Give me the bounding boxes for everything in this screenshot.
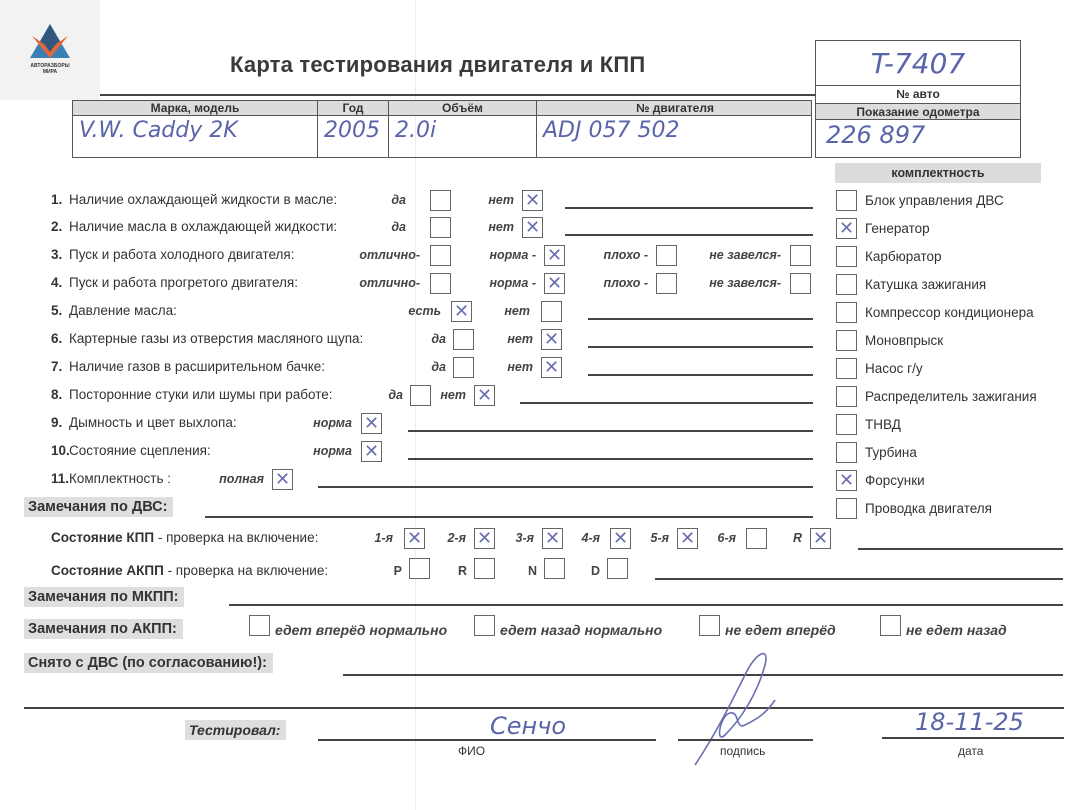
completeness-checkbox[interactable]: ✕ [836, 498, 857, 519]
question-label: Картерные газы из отверстия масляного щу… [69, 331, 363, 346]
option-label: нет [440, 388, 466, 402]
option-label: не завелся- [709, 248, 781, 262]
completeness-checkbox[interactable]: ✕ [836, 274, 857, 295]
notes-line[interactable] [565, 234, 813, 236]
engine-remarks-line[interactable] [205, 516, 813, 518]
option-checkbox[interactable]: ✕ [361, 413, 382, 434]
gear-label: 4-я [582, 531, 600, 545]
option-checkbox[interactable]: ✕ [541, 357, 562, 378]
mkpp-remarks-label: Замечания по МКПП: [24, 587, 184, 607]
removed-parts-line-2[interactable] [24, 707, 1064, 709]
brand-line-2: МИРА [18, 69, 82, 75]
option-label: отлично- [359, 276, 420, 290]
checklist-question: 10.Состояние сцепления: [51, 443, 211, 458]
tested-by-label: Тестировал: [185, 720, 286, 740]
completeness-item-label: Блок управления ДВС [865, 193, 1004, 208]
notes-line[interactable] [565, 207, 813, 209]
completeness-item-label: Турбина [865, 445, 917, 460]
check-mark-icon: ✕ [680, 530, 695, 548]
manual-gearbox-label-bold: Состояние КПП [51, 530, 154, 545]
checklist-question: 6.Картерные газы из отверстия масляного … [51, 331, 363, 346]
tester-name-line[interactable] [318, 739, 656, 741]
gear-checkbox[interactable]: ✕ [542, 528, 563, 549]
option-label: да [431, 332, 446, 346]
completeness-item-label: Компрессор кондиционера [865, 305, 1034, 320]
option-checkbox[interactable]: ✕ [541, 329, 562, 350]
option-checkbox[interactable]: ✕ [541, 301, 562, 322]
make-model-cell[interactable]: Марка, модель V.W. Caddy 2K [73, 101, 318, 157]
question-label: Комплектность : [69, 471, 171, 486]
option-checkbox[interactable]: ✕ [474, 385, 495, 406]
check-mark-icon: ✕ [364, 415, 379, 433]
question-label: Пуск и работа прогретого двигателя: [69, 275, 298, 290]
date-caption: дата [958, 744, 983, 758]
volume-cell[interactable]: Объём 2.0i [389, 101, 537, 157]
option-checkbox[interactable]: ✕ [544, 273, 565, 294]
gear-checkbox[interactable]: ✕ [474, 528, 495, 549]
engine-number-cell[interactable]: № двигателя ADJ 057 502 [537, 101, 813, 157]
brand-logo-icon [26, 22, 74, 62]
year-value: 2005 [324, 118, 380, 143]
check-mark-icon: ✕ [364, 443, 379, 461]
check-mark-icon: ✕ [454, 303, 469, 321]
checklist-question: 8.Посторонние стуки или шумы при работе: [51, 387, 333, 402]
position-checkbox[interactable]: ✕ [474, 558, 495, 579]
option-checkbox[interactable]: ✕ [451, 301, 472, 322]
auto-number-label: № авто [816, 86, 1020, 103]
year-cell[interactable]: Год 2005 [318, 101, 389, 157]
question-number: 3. [51, 247, 69, 262]
option-label: не завелся- [709, 276, 781, 290]
question-label: Состояние сцепления: [69, 443, 211, 458]
make-model-value: V.W. Caddy 2K [79, 118, 238, 143]
signature-caption: подпись [720, 744, 765, 758]
check-mark-icon: ✕ [545, 530, 560, 548]
option-label: нет [488, 193, 514, 207]
gear-checkbox[interactable]: ✕ [404, 528, 425, 549]
position-label: D [591, 564, 600, 578]
completeness-checkbox[interactable]: ✕ [836, 470, 857, 491]
completeness-item-label: Форсунки [865, 473, 925, 488]
engine-remarks-label: Замечания по ДВС: [24, 497, 173, 517]
akpp-option-label: не едет назад [906, 622, 1007, 638]
vehicle-info-table: Марка, модель V.W. Caddy 2K Год 2005 Объ… [72, 100, 812, 158]
option-label: плохо - [604, 248, 648, 262]
option-checkbox[interactable]: ✕ [790, 245, 811, 266]
option-label: да [388, 388, 403, 402]
notes-line[interactable] [408, 430, 813, 432]
option-checkbox[interactable]: ✕ [453, 357, 474, 378]
question-number: 8. [51, 387, 69, 402]
check-mark-icon: ✕ [839, 472, 854, 490]
gear-checkbox[interactable]: ✕ [677, 528, 698, 549]
check-mark-icon: ✕ [407, 530, 422, 548]
gear-checkbox[interactable]: ✕ [810, 528, 831, 549]
completeness-checkbox[interactable]: ✕ [836, 386, 857, 407]
option-checkbox[interactable]: ✕ [430, 190, 451, 211]
option-label: есть [408, 304, 441, 318]
option-checkbox[interactable]: ✕ [522, 217, 543, 238]
completeness-checkbox[interactable]: ✕ [836, 302, 857, 323]
completeness-item-label: Карбюратор [865, 249, 942, 264]
removed-parts-label: Снято с ДВС (по согласованию!): [24, 653, 273, 673]
question-number: 5. [51, 303, 69, 318]
checklist-question: 1.Наличие охлаждающей жидкости в масле: [51, 192, 337, 207]
option-label: да [431, 360, 446, 374]
year-label: Год [318, 101, 388, 116]
question-label: Наличие масла в охлаждающей жидкости: [69, 219, 337, 234]
position-checkbox[interactable]: ✕ [409, 558, 430, 579]
question-label: Посторонние стуки или шумы при работе: [69, 387, 333, 402]
completeness-item-label: Насос г/у [865, 361, 923, 376]
checklist-question: 9.Дымность и цвет выхлопа: [51, 415, 237, 430]
akpp-option-checkbox[interactable]: ✕ [474, 615, 495, 636]
auto-gearbox-label-bold: Состояние АКПП [51, 563, 164, 578]
completeness-item-label: Распределитель зажигания [865, 389, 1037, 404]
name-caption: ФИО [458, 744, 485, 758]
volume-label: Объём [389, 101, 536, 116]
title-underline [100, 94, 815, 96]
option-label: норма - [490, 276, 537, 290]
option-label: нет [507, 332, 533, 346]
gear-checkbox[interactable]: ✕ [610, 528, 631, 549]
notes-line[interactable] [588, 346, 813, 348]
option-checkbox[interactable]: ✕ [544, 245, 565, 266]
completeness-item-label: ТНВД [865, 417, 901, 432]
gear-label: 1-я [375, 531, 393, 545]
option-checkbox[interactable]: ✕ [522, 190, 543, 211]
question-number: 1. [51, 192, 69, 207]
odometer-value[interactable]: 226 897 [826, 121, 925, 149]
checklist-question: 11.Комплектность : [51, 471, 171, 486]
gear-label: 3-я [516, 531, 534, 545]
akpp-option-checkbox[interactable]: ✕ [880, 615, 901, 636]
check-mark-icon: ✕ [525, 219, 540, 237]
akpp-option-label: едет назад нормально [500, 622, 662, 638]
position-checkbox[interactable]: ✕ [544, 558, 565, 579]
option-label: плохо - [604, 276, 648, 290]
page-title: Карта тестирования двигателя и КПП [230, 52, 645, 78]
option-checkbox[interactable]: ✕ [656, 273, 677, 294]
option-label: да [391, 193, 406, 207]
check-mark-icon: ✕ [839, 220, 854, 238]
completeness-checkbox[interactable]: ✕ [836, 190, 857, 211]
brand-name: АВТОРАЗБОРЫ МИРА [18, 63, 82, 75]
gear-label: R [793, 531, 802, 545]
completeness-checkbox[interactable]: ✕ [836, 358, 857, 379]
position-label: N [528, 564, 537, 578]
volume-value: 2.0i [395, 118, 436, 143]
check-mark-icon: ✕ [547, 247, 562, 265]
question-label: Пуск и работа холодного двигателя: [69, 247, 295, 262]
gear-label: 6-я [718, 531, 736, 545]
option-checkbox[interactable]: ✕ [790, 273, 811, 294]
completeness-checkbox[interactable]: ✕ [836, 414, 857, 435]
position-checkbox[interactable]: ✕ [607, 558, 628, 579]
make-model-label: Марка, модель [73, 101, 317, 116]
completeness-checkbox[interactable]: ✕ [836, 330, 857, 351]
position-label: R [458, 564, 467, 578]
checklist-question: 3.Пуск и работа холодного двигателя: [51, 247, 295, 262]
completeness-checkbox[interactable]: ✕ [836, 442, 857, 463]
akpp-option-checkbox[interactable]: ✕ [699, 615, 720, 636]
question-number: 6. [51, 331, 69, 346]
question-label: Наличие охлаждающей жидкости в масле: [69, 192, 337, 207]
engine-number-label: № двигателя [537, 101, 813, 116]
auto-gearbox-notes-line[interactable] [655, 578, 1063, 580]
akpp-option-checkbox[interactable]: ✕ [249, 615, 270, 636]
auto-number-value[interactable]: T-7407 [816, 41, 1020, 86]
check-mark-icon: ✕ [613, 530, 628, 548]
position-label: P [394, 564, 402, 578]
completeness-checkbox[interactable]: ✕ [836, 246, 857, 267]
engine-number-value: ADJ 057 502 [543, 118, 679, 143]
akpp-option-label: не едет вперёд [725, 622, 836, 638]
question-number: 7. [51, 359, 69, 374]
manual-gearbox-label-rest: - проверка на включение: [154, 530, 318, 545]
auto-number-box: T-7407 № авто Показание одометра 226 897 [815, 40, 1021, 158]
check-mark-icon: ✕ [813, 530, 828, 548]
checklist-question: 2.Наличие масла в охлаждающей жидкости: [51, 219, 337, 234]
question-label: Давление масла: [69, 303, 177, 318]
auto-gearbox-label: Состояние АКПП - проверка на включение: [51, 563, 328, 578]
auto-gearbox-label-rest: - проверка на включение: [164, 563, 328, 578]
option-label: да [391, 220, 406, 234]
check-mark-icon: ✕ [544, 359, 559, 377]
manual-gearbox-notes-line[interactable] [858, 548, 1063, 550]
checklist-question: 7.Наличие газов в расширительном бачке: [51, 359, 325, 374]
check-mark-icon: ✕ [525, 192, 540, 210]
notes-line[interactable] [588, 318, 813, 320]
option-label: полная [219, 472, 264, 486]
option-checkbox[interactable]: ✕ [272, 469, 293, 490]
odometer-label: Показание одометра [816, 103, 1020, 120]
completeness-checkbox[interactable]: ✕ [836, 218, 857, 239]
option-checkbox[interactable]: ✕ [430, 217, 451, 238]
completeness-item-label: Катушка зажигания [865, 277, 986, 292]
question-number: 10. [51, 443, 69, 458]
checklist-question: 4.Пуск и работа прогретого двигателя: [51, 275, 298, 290]
option-checkbox[interactable]: ✕ [430, 245, 451, 266]
notes-line[interactable] [318, 486, 813, 488]
signature-line[interactable] [678, 739, 813, 741]
option-checkbox[interactable]: ✕ [453, 329, 474, 350]
gear-label: 2-я [448, 531, 466, 545]
completeness-item-label: Проводка двигателя [865, 501, 992, 516]
check-mark-icon: ✕ [477, 387, 492, 405]
question-number: 2. [51, 219, 69, 234]
manual-gearbox-label: Состояние КПП - проверка на включение: [51, 530, 318, 545]
option-label: норма - [490, 248, 537, 262]
option-checkbox[interactable]: ✕ [430, 273, 451, 294]
gear-checkbox[interactable]: ✕ [746, 528, 767, 549]
option-checkbox[interactable]: ✕ [410, 385, 431, 406]
option-label: норма [313, 416, 352, 430]
check-mark-icon: ✕ [275, 471, 290, 489]
completeness-header: комплектность [835, 163, 1041, 183]
date-line[interactable] [882, 737, 1064, 739]
question-number: 4. [51, 275, 69, 290]
option-label: норма [313, 444, 352, 458]
notes-line[interactable] [408, 458, 813, 460]
date-value[interactable]: 18-11-25 [915, 708, 1024, 736]
tester-name-value[interactable]: Сенчо [490, 712, 566, 740]
question-number: 11. [51, 471, 69, 486]
option-label: нет [488, 220, 514, 234]
akpp-remarks-label: Замечания по АКПП: [24, 619, 183, 639]
option-checkbox[interactable]: ✕ [361, 441, 382, 462]
akpp-option-label: едет вперёд нормально [275, 622, 447, 638]
check-mark-icon: ✕ [477, 530, 492, 548]
check-mark-icon: ✕ [544, 331, 559, 349]
option-label: нет [504, 304, 530, 318]
notes-line[interactable] [588, 374, 813, 376]
option-label: нет [507, 360, 533, 374]
mkpp-remarks-line[interactable] [229, 604, 1063, 606]
option-label: отлично- [359, 248, 420, 262]
option-checkbox[interactable]: ✕ [656, 245, 677, 266]
check-mark-icon: ✕ [547, 275, 562, 293]
gear-label: 5-я [651, 531, 669, 545]
completeness-item-label: Генератор [865, 221, 930, 236]
checklist-question: 5.Давление масла: [51, 303, 177, 318]
question-number: 9. [51, 415, 69, 430]
question-label: Наличие газов в расширительном бачке: [69, 359, 325, 374]
completeness-item-label: Моновпрыск [865, 333, 943, 348]
question-label: Дымность и цвет выхлопа: [69, 415, 237, 430]
notes-line[interactable] [520, 402, 813, 404]
